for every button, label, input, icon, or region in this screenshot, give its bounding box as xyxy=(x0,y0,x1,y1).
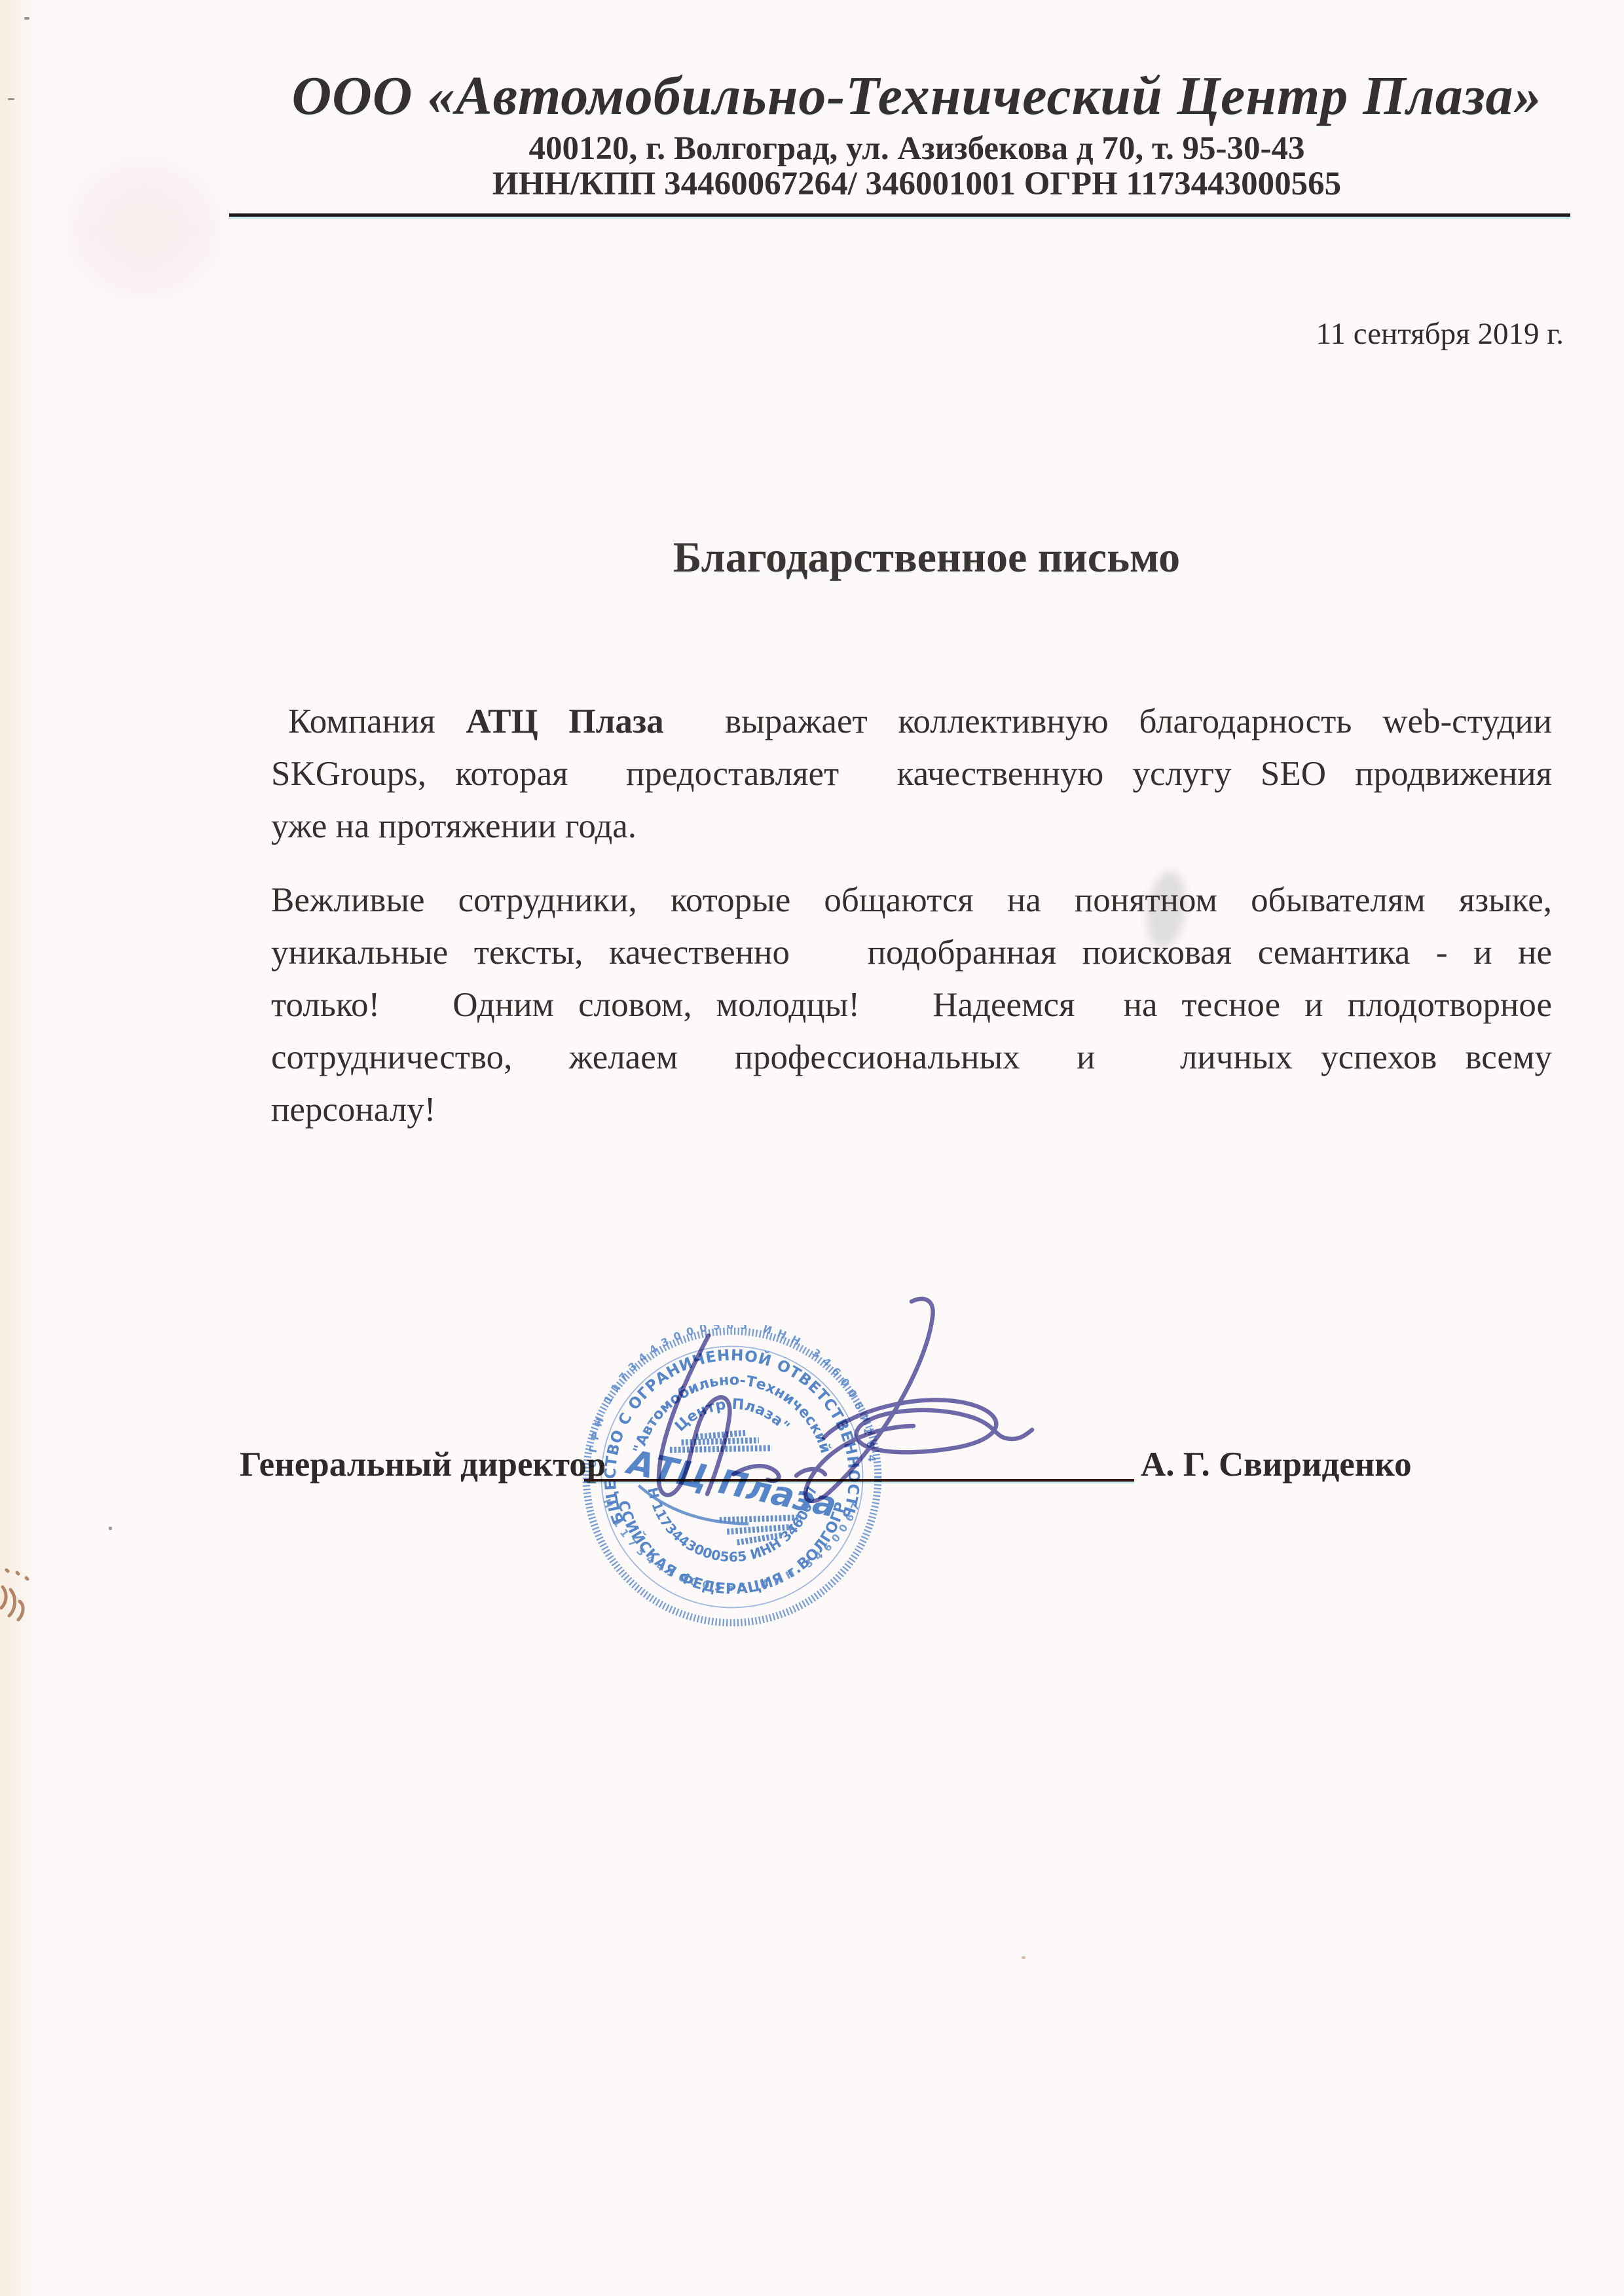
scanned-letter-page: { "header": { "company_line": "ООО «Авто… xyxy=(0,0,1624,2296)
handwritten-signature xyxy=(0,0,1624,2296)
signature-strokes xyxy=(659,1299,1032,1501)
pencil-scribble-marks xyxy=(1,1570,28,1620)
